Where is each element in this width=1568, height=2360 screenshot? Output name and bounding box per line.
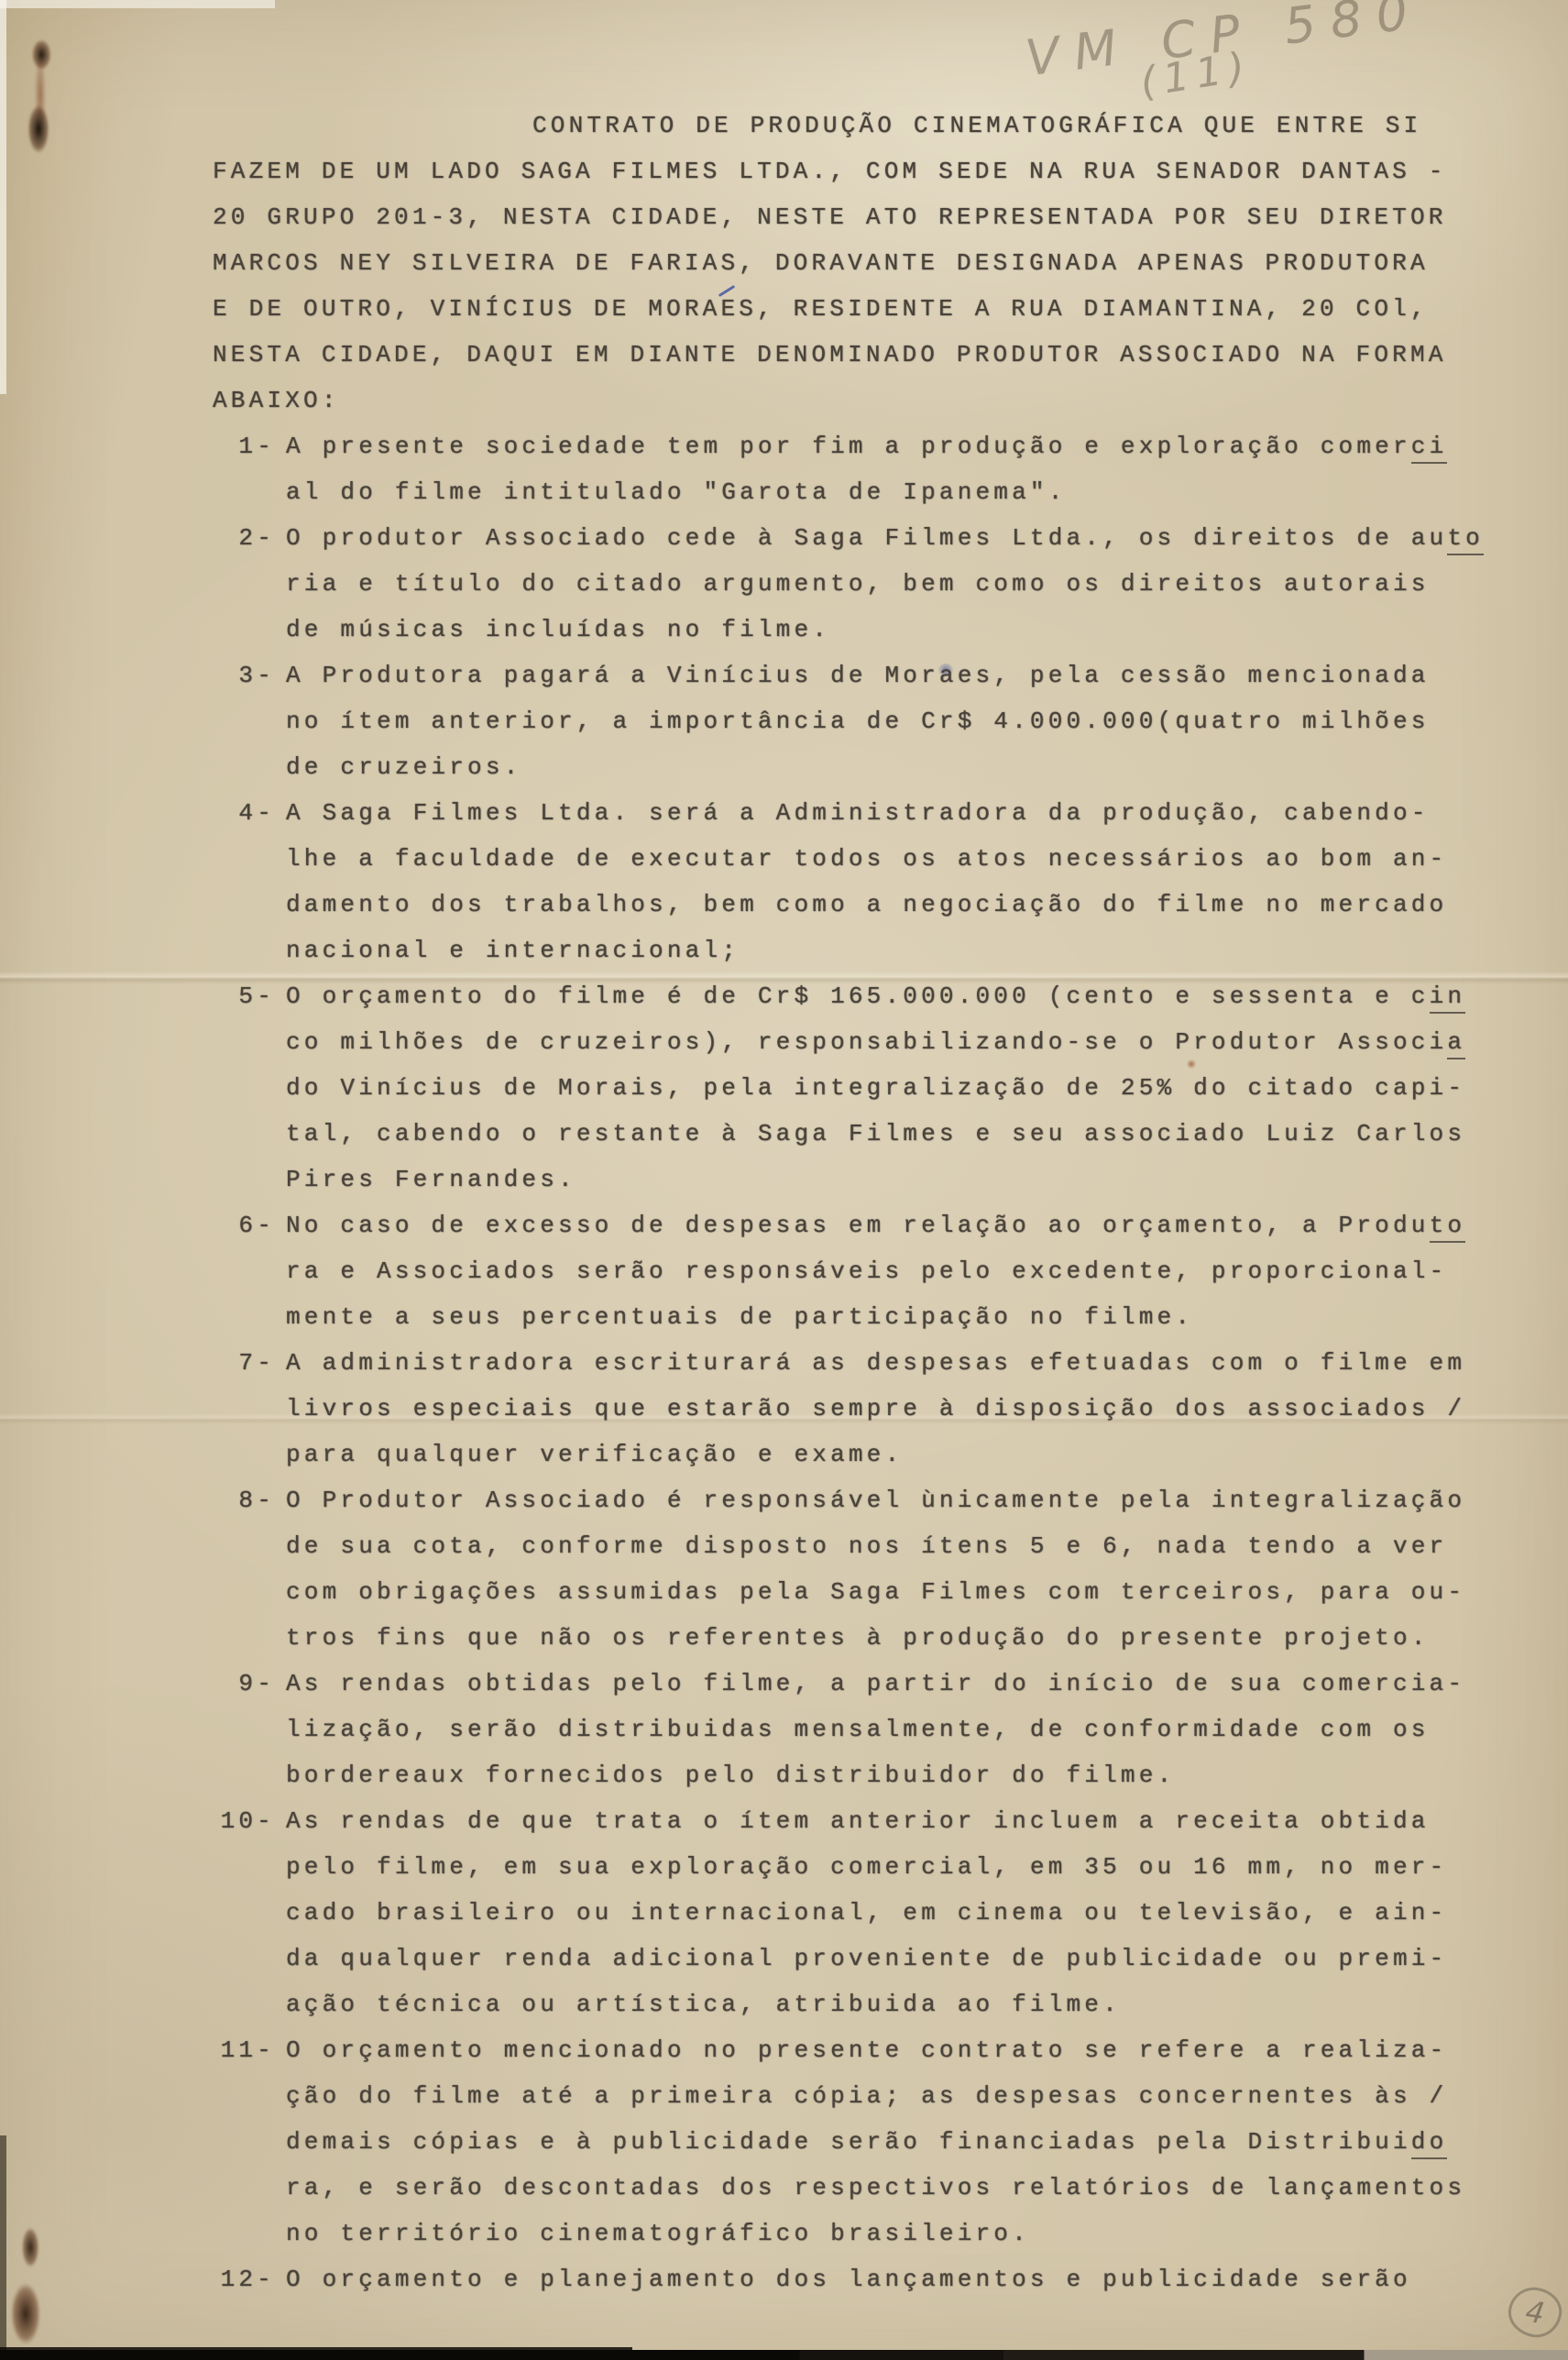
document-line: O Produtor Associado é responsável ùnica… [286, 1477, 1568, 1523]
clause-number: 10- [194, 1798, 275, 2027]
document-line: CONTRATO DE PRODUÇÃO CINEMATOGRÁFICA QUE… [213, 103, 1568, 148]
contract-clause: 4-A Saga Filmes Ltda. será a Administrad… [0, 790, 1568, 973]
contract-clause: 3-A Produtora pagará a Vinícius de Morae… [0, 653, 1568, 790]
document-line: E DE OUTRO, VINÍCIUS DE MORAES, RESIDENT… [213, 286, 1568, 332]
contract-clause: 1-A presente sociedade tem por fim a pro… [0, 423, 1568, 515]
clause-text: O orçamento do filme é de Cr$ 165.000.00… [286, 973, 1568, 1202]
document-line: demais cópias e à publicidade serão fina… [286, 2119, 1568, 2165]
document-line: damento dos trabalhos, bem como a negoci… [286, 882, 1568, 928]
clause-text: As rendas obtidas pelo filme, a partir d… [286, 1661, 1568, 1798]
document-line: No caso de excesso de despesas em relaçã… [286, 1202, 1568, 1248]
document-line: A Produtora pagará a Vinícius de Moraes,… [286, 653, 1568, 698]
contract-clause: 11-O orçamento mencionado no presente co… [0, 2027, 1568, 2256]
underlined-syllable: ci [1411, 433, 1448, 464]
clause-text: A Produtora pagará a Vinícius de Moraes,… [286, 653, 1568, 790]
document-line: ra, e serão descontadas dos respectivos … [286, 2165, 1568, 2211]
clause-text: O Produtor Associado é responsável ùnica… [286, 1477, 1568, 1661]
clause-number: 7- [194, 1340, 275, 1477]
contract-clauses: 1-A presente sociedade tem por fim a pro… [0, 423, 1568, 2302]
document-line: NESTA CIDADE, DAQUI EM DIANTE DENOMINADO… [213, 332, 1568, 378]
underlined-syllable: a [1447, 1028, 1465, 1059]
clause-number: 11- [194, 2027, 275, 2256]
document-line: A Saga Filmes Ltda. será a Administrador… [286, 790, 1568, 836]
document-line: O orçamento do filme é de Cr$ 165.000.00… [286, 973, 1568, 1019]
document-line: no ítem anterior, a importância de Cr$ 4… [286, 698, 1568, 744]
contract-clause: 7-A administradora escriturará as despes… [0, 1340, 1568, 1477]
clause-number: 2- [194, 515, 275, 653]
clause-text: As rendas de que trata o ítem anterior i… [286, 1798, 1568, 2027]
contract-clause: 9-As rendas obtidas pelo filme, a partir… [0, 1661, 1568, 1798]
document-line: da qualquer renda adicional proveniente … [286, 1936, 1568, 1981]
document-line: bordereaux fornecidos pelo distribuidor … [286, 1752, 1568, 1798]
document-line: ABAIXO: [213, 378, 1568, 423]
underlined-syllable: to [1430, 1212, 1466, 1243]
underlined-syllable: to [1447, 524, 1484, 555]
clause-text: No caso de excesso de despesas em relaçã… [286, 1202, 1568, 1340]
clause-number: 3- [194, 653, 275, 790]
contract-clause: 2-O produtor Associado cede à Saga Filme… [0, 515, 1568, 653]
clause-text: O produtor Associado cede à Saga Filmes … [286, 515, 1568, 653]
clause-number: 8- [194, 1477, 275, 1661]
document-line: ção do filme até a primeira cópia; as de… [286, 2073, 1568, 2119]
document-line: ação técnica ou artística, atribuida ao … [286, 1981, 1568, 2027]
document-line: pelo filme, em sua exploração comercial,… [286, 1844, 1568, 1890]
document-line: al do filme intitulado "Garota de Ipanem… [286, 469, 1568, 515]
document-line: As rendas de que trata o ítem anterior i… [286, 1798, 1568, 1844]
document-line: mente a seus percentuais de participação… [286, 1294, 1568, 1340]
clause-number: 4- [194, 790, 275, 973]
document-line: de sua cota, conforme disposto nos ítens… [286, 1523, 1568, 1569]
document-line: nacional e internacional; [286, 928, 1568, 973]
contract-heading: CONTRATO DE PRODUÇÃO CINEMATOGRÁFICA QUE… [0, 103, 1568, 423]
underlined-syllable: do [1411, 2128, 1448, 2159]
document-line: O orçamento mencionado no presente contr… [286, 2027, 1568, 2073]
underlined-syllable: in [1430, 982, 1466, 1014]
clause-number: 9- [194, 1661, 275, 1798]
contract-clause: 6-No caso de excesso de despesas em rela… [0, 1202, 1568, 1340]
scan-edge-bar [0, 2347, 632, 2352]
clause-text: A administradora escriturará as despesas… [286, 1340, 1568, 1477]
clause-number: 5- [194, 973, 275, 1202]
document-line: tros fins que não os referentes à produç… [286, 1615, 1568, 1661]
document-line: FAZEM DE UM LADO SAGA FILMES LTDA., COM … [213, 148, 1568, 194]
contract-clause: 8-O Produtor Associado é responsável ùni… [0, 1477, 1568, 1661]
clause-text: O orçamento e planejamento dos lançament… [286, 2256, 1568, 2302]
document-line: de cruzeiros. [286, 744, 1568, 790]
document-line: 20 GRUPO 201-3, NESTA CIDADE, NESTE ATO … [213, 194, 1568, 240]
document-line: de músicas incluídas no filme. [286, 607, 1568, 653]
document-line: no território cinematográfico brasileiro… [286, 2211, 1568, 2256]
document-line: As rendas obtidas pelo filme, a partir d… [286, 1661, 1568, 1707]
contract-clause: 10-As rendas de que trata o ítem anterio… [0, 1798, 1568, 2027]
paper-edge [0, 0, 275, 8]
document-line: A administradora escriturará as despesas… [286, 1340, 1568, 1386]
contract-document: CONTRATO DE PRODUÇÃO CINEMATOGRÁFICA QUE… [0, 103, 1568, 2302]
document-line: MARCOS NEY SILVEIRA DE FARIAS, DORAVANTE… [213, 240, 1568, 286]
clause-number: 1- [194, 423, 275, 515]
clause-number: 6- [194, 1202, 275, 1340]
document-line: com obrigações assumidas pela Saga Filme… [286, 1569, 1568, 1615]
document-line: O produtor Associado cede à Saga Filmes … [286, 515, 1568, 561]
document-line: do Vinícius de Morais, pela integralizaç… [286, 1065, 1568, 1111]
document-line: lhe a faculdade de executar todos os ato… [286, 836, 1568, 882]
contract-clause: 5-O orçamento do filme é de Cr$ 165.000.… [0, 973, 1568, 1202]
document-line: tal, cabendo o restante à Saga Filmes e … [286, 1111, 1568, 1157]
clause-text: O orçamento mencionado no presente contr… [286, 2027, 1568, 2256]
document-line: livros especiais que estarão sempre à di… [286, 1386, 1568, 1432]
clause-number: 12- [194, 2256, 275, 2302]
contract-clause: 12-O orçamento e planejamento dos lançam… [0, 2256, 1568, 2302]
document-line: co milhões de cruzeiros), responsabiliza… [286, 1019, 1568, 1065]
document-line: A presente sociedade tem por fim a produ… [286, 423, 1568, 469]
document-line: ria e título do citado argumento, bem co… [286, 561, 1568, 607]
document-line: O orçamento e planejamento dos lançament… [286, 2256, 1568, 2302]
document-line: lização, serão distribuidas mensalmente,… [286, 1707, 1568, 1752]
document-line: ra e Associados serão responsáveis pelo … [286, 1248, 1568, 1294]
clause-text: A Saga Filmes Ltda. será a Administrador… [286, 790, 1568, 973]
document-line: para qualquer verificação e exame. [286, 1432, 1568, 1477]
document-line: Pires Fernandes. [286, 1157, 1568, 1202]
document-line: cado brasileiro ou internacional, em cin… [286, 1890, 1568, 1936]
clause-text: A presente sociedade tem por fim a produ… [286, 423, 1568, 515]
